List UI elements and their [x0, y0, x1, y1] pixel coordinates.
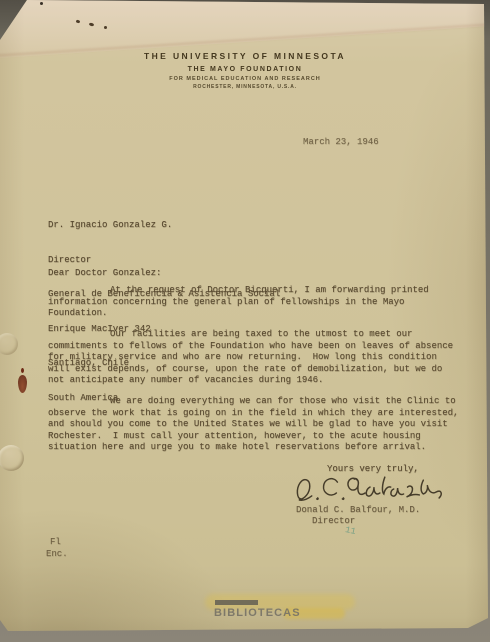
library-watermark-text: BIBLIOTECAS: [214, 607, 301, 619]
paper-speck: [104, 26, 107, 29]
paragraph-1: At the request of Doctor Bicquerti, I am…: [48, 285, 459, 320]
paper-speck: [89, 22, 95, 26]
ink-blot-dot: [21, 368, 24, 373]
paragraph-3: We are doing everything we can for those…: [48, 396, 459, 454]
typist-initials: Fl: [50, 537, 61, 549]
letterhead-university: THE UNIVERSITY OF MINNESOTA: [0, 51, 490, 61]
recipient-title: Director: [48, 255, 280, 267]
signer-name: Donald C. Balfour, M.D.: [296, 505, 420, 517]
recipient-name: Dr. Ignacio Gonzalez G.: [48, 220, 280, 232]
date-line: March 23, 1946: [303, 137, 379, 149]
ink-blot-drip: [18, 375, 27, 393]
paper-speck: [76, 19, 81, 23]
punch-hole-bottom: [0, 445, 24, 471]
letterhead-purpose: FOR MEDICAL EDUCATION AND RESEARCH: [0, 76, 490, 82]
letterhead: THE UNIVERSITY OF MINNESOTA THE MAYO FOU…: [0, 51, 490, 90]
paragraph-2: Our facilities are being taxed to the ut…: [48, 329, 459, 387]
punch-hole-top: [0, 333, 18, 355]
watermark-logo-bar: [215, 600, 258, 605]
letter-page: THE UNIVERSITY OF MINNESOTA THE MAYO FOU…: [0, 0, 490, 642]
salutation: Dear Doctor Gonzalez:: [48, 268, 161, 280]
pencil-mark: 11: [344, 525, 357, 537]
paper-speck: [40, 2, 43, 5]
letterhead-location: ROCHESTER, MINNESOTA, U.S.A.: [0, 84, 490, 90]
enclosure-note: Enc.: [46, 549, 68, 561]
letterhead-foundation: THE MAYO FOUNDATION: [0, 66, 490, 73]
